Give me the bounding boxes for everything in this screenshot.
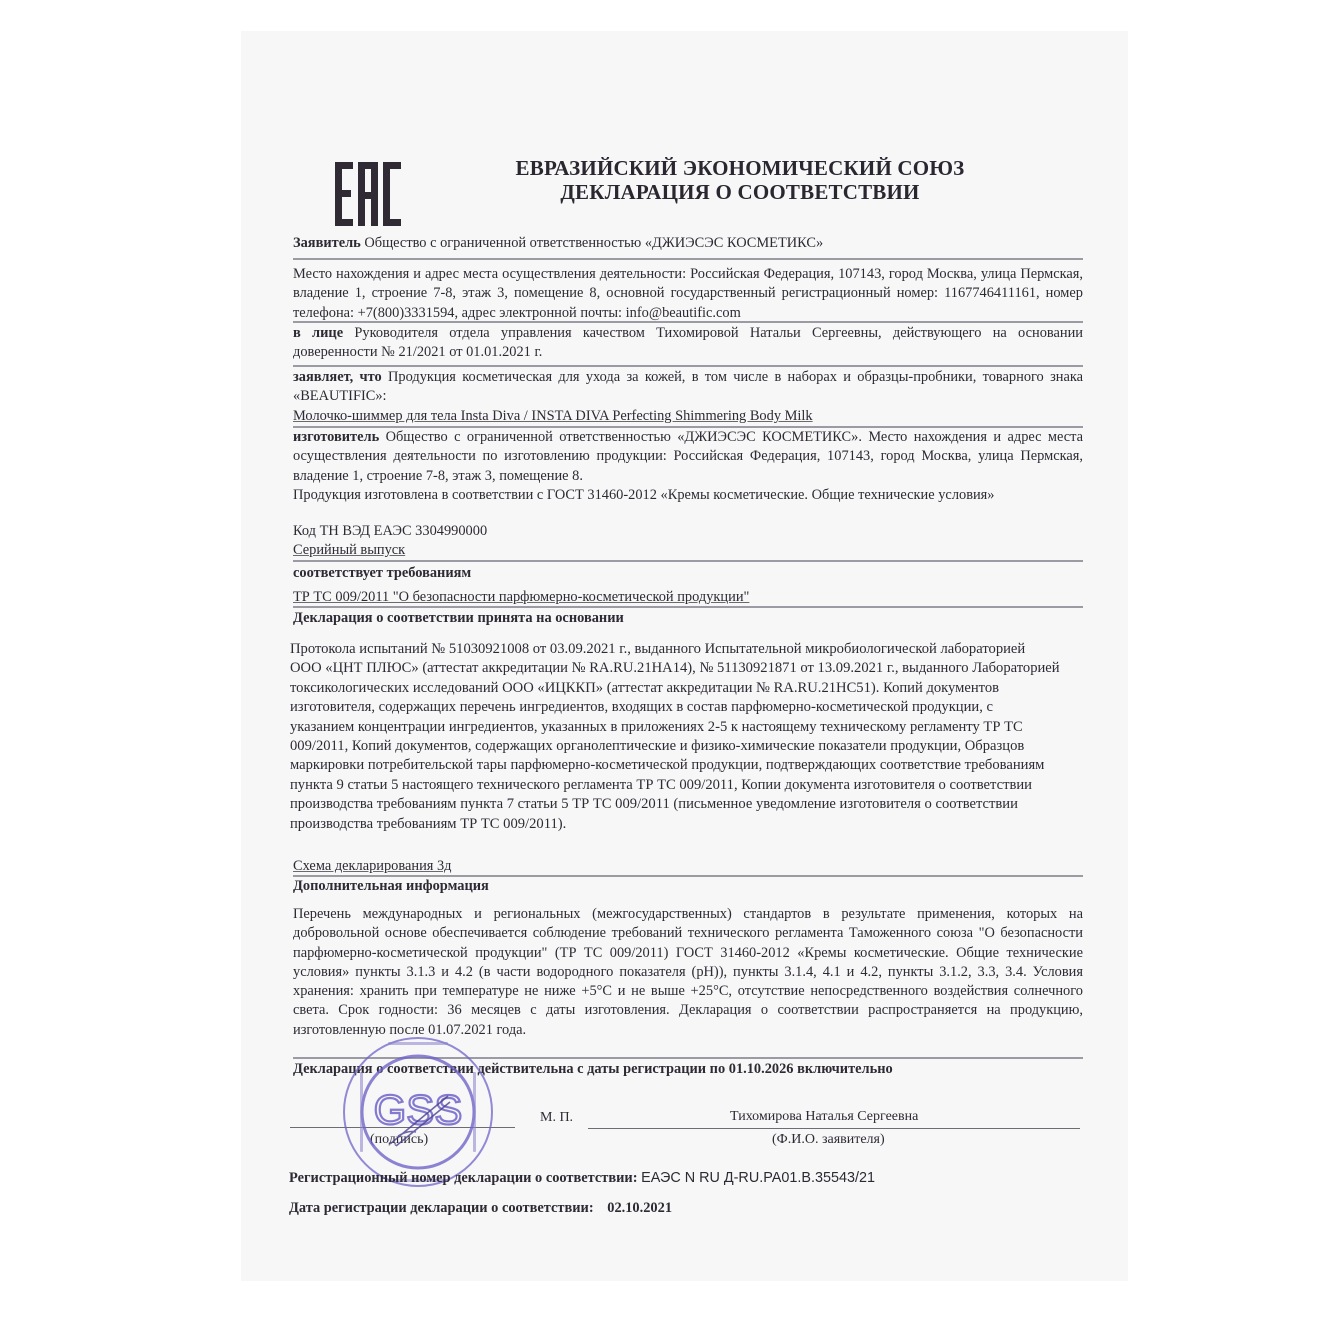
name-line	[588, 1128, 1080, 1129]
applicant-name: Тихомирова Наталья Сергеевна	[730, 1109, 918, 1125]
seal-label: М. П.	[540, 1110, 573, 1126]
union-title: ЕВРАЗИЙСКИЙ ЭКОНОМИЧЕСКИЙ СОЮЗ	[440, 156, 1040, 181]
basis-text: Протокола испытаний № 51030921008 от 03.…	[290, 640, 1060, 834]
registration-date-value: 02.10.2021	[607, 1200, 672, 1216]
manufacturer-value: Общество с ограниченной ответственностью…	[293, 429, 1083, 484]
divider	[293, 560, 1083, 562]
tn-ved-code: Код ТН ВЭД ЕАЭС 3304990000	[293, 522, 1083, 541]
additional-text: Перечень международных и региональных (м…	[293, 905, 1083, 1040]
svg-text:GSS: GSS	[374, 1086, 463, 1133]
document-title: ДЕКЛАРАЦИЯ О СООТВЕТСТВИИ	[440, 180, 1040, 205]
applicant-label: Заявитель	[293, 235, 361, 251]
divider	[293, 321, 1083, 323]
company-stamp-icon: GSS	[338, 1032, 498, 1192]
name-caption: (Ф.И.О. заявителя)	[772, 1132, 885, 1148]
registration-number-row: Регистрационный номер декларации о соотв…	[289, 1170, 875, 1187]
represented-row: в лице Руководителя отдела управления ка…	[293, 324, 1083, 363]
additional-label: Дополнительная информация	[293, 877, 1083, 896]
applicant-row: Заявитель Общество с ограниченной ответс…	[293, 234, 1083, 253]
basis-label: Декларация о соответствии принята на осн…	[293, 609, 1083, 628]
product-name: Молочко-шиммер для тела Insta Diva / INS…	[293, 407, 1083, 426]
registration-date-label: Дата регистрации декларации о соответств…	[289, 1200, 594, 1216]
divider	[293, 258, 1083, 260]
applicant-value: Общество с ограниченной ответственностью…	[364, 235, 823, 251]
release-type: Серийный выпуск	[293, 541, 1083, 560]
registration-number-value: ЕАЭС N RU Д-RU.PA01.B.35543/21	[641, 1170, 875, 1186]
manufacturing-standard: Продукция изготовлена в соответствии с Г…	[293, 486, 1083, 505]
declares-value: Продукция косметическая для ухода за кож…	[293, 369, 1083, 404]
declaration-scheme: Схема декларирования 3д	[293, 857, 1083, 876]
declares-row: заявляет, что Продукция косметическая дл…	[293, 368, 1083, 407]
declares-label: заявляет, что	[293, 369, 382, 385]
manufacturer-row: изготовитель Общество с ограниченной отв…	[293, 428, 1083, 486]
regulation-name: ТР ТС 009/2011 "О безопасности парфюмерн…	[293, 588, 1083, 607]
eac-logo-icon	[335, 162, 401, 226]
divider	[293, 606, 1083, 608]
represented-label: в лице	[293, 325, 343, 341]
conforms-label: соответствует требованиям	[293, 564, 1083, 583]
manufacturer-label: изготовитель	[293, 429, 379, 445]
applicant-address: Место нахождения и адрес места осуществл…	[293, 265, 1083, 323]
represented-value: Руководителя отдела управления качеством…	[293, 325, 1083, 360]
divider	[293, 365, 1083, 367]
registration-date-row: Дата регистрации декларации о соответств…	[289, 1200, 672, 1217]
registration-number-label: Регистрационный номер декларации о соотв…	[289, 1170, 638, 1186]
